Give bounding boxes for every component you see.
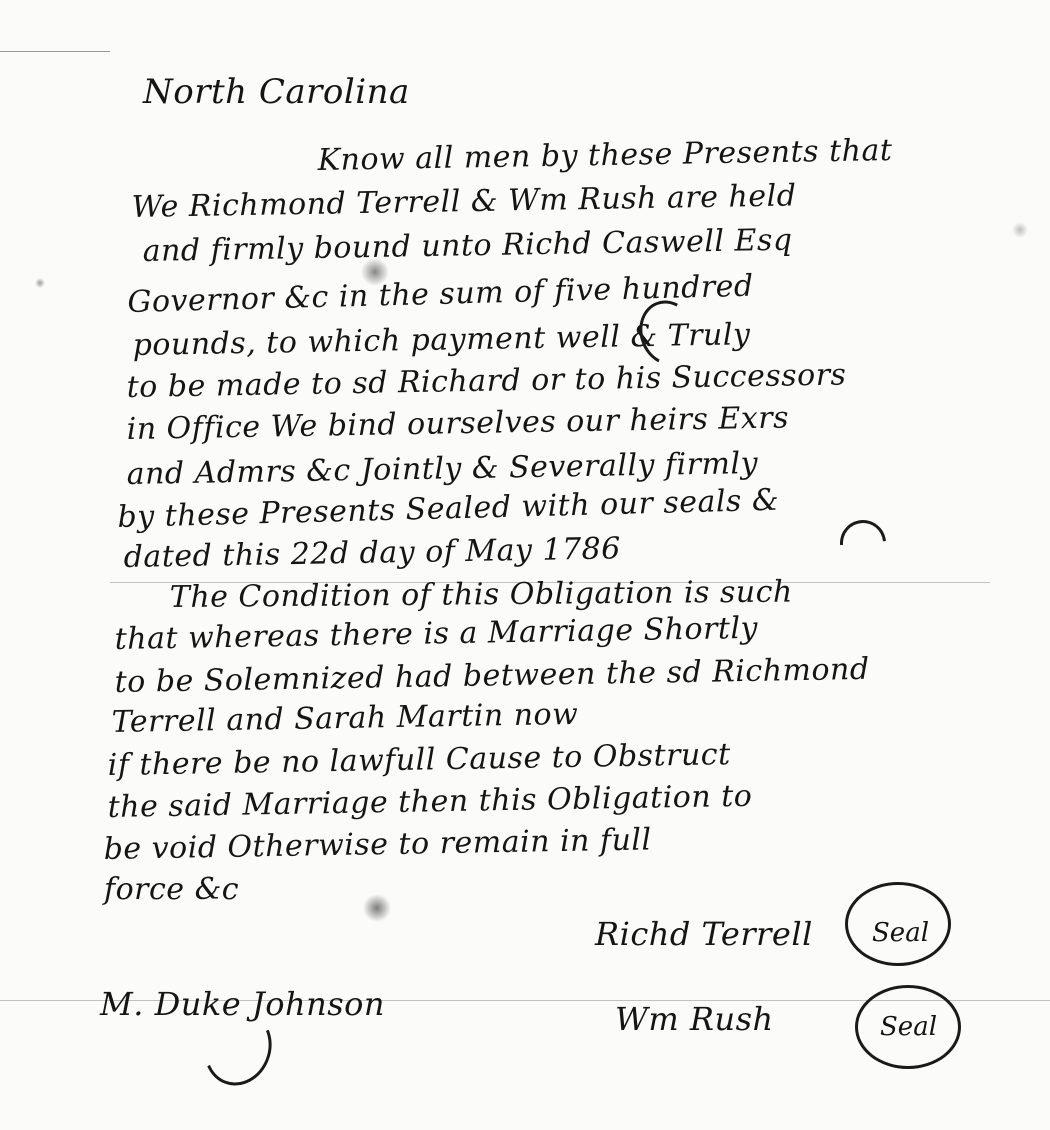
body-line-13: to be Solemnized had between the sd Rich… — [114, 652, 869, 700]
body-line-2: We Richmond Terrell & Wm Rush are held — [131, 178, 796, 225]
surety-signature: Wm Rush — [615, 1000, 774, 1038]
margin-rule — [0, 51, 110, 52]
document-heading: North Carolina — [143, 72, 410, 112]
body-line-9: by these Presents Sealed with our seals … — [117, 483, 779, 535]
body-line-14: Terrell and Sarah Martin now — [111, 697, 578, 740]
seal-label: Seal — [872, 918, 929, 948]
body-line-7: in Office We bind ourselves our heirs Ex… — [126, 400, 789, 447]
body-line-6: to be made to sd Richard or to his Succe… — [126, 357, 846, 405]
body-line-18: force &c — [104, 872, 239, 907]
body-line-10: dated this 22d day of May 1786 — [123, 531, 621, 575]
body-line-15: if there be no lawfull Cause to Obstruct — [107, 737, 731, 783]
body-line-11: The Condition of this Obligation is such — [170, 575, 793, 615]
principal-signature: Richd Terrell — [595, 915, 813, 953]
seal-label: Seal — [880, 1012, 937, 1042]
body-line-17: be void Otherwise to remain in full — [103, 822, 651, 867]
body-line-12: that whereas there is a Marriage Shortly — [114, 611, 758, 657]
document-page: North Carolina Know all men by these Pre… — [0, 0, 1050, 1130]
body-line-16: the said Marriage then this Obligation t… — [107, 779, 752, 825]
body-line-3: and firmly bound unto Richd Caswell Esq — [142, 223, 792, 269]
body-line-1: Know all men by these Presents that — [317, 133, 892, 178]
flourish — [831, 511, 896, 576]
